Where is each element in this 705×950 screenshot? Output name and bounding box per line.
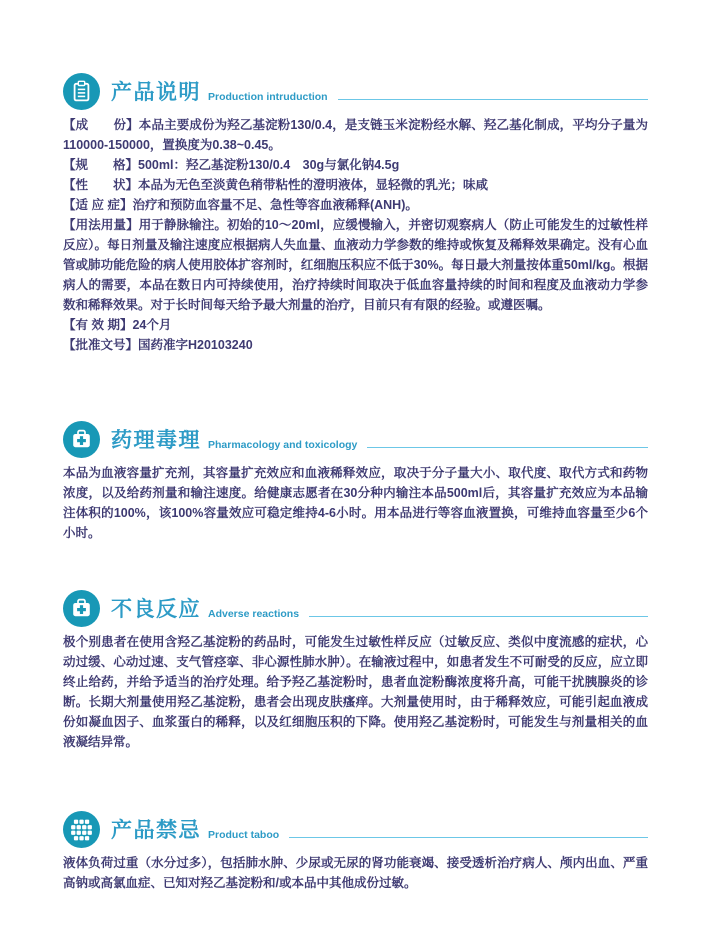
paragraph-adverse-reactions: 极个别患者在使用含羟乙基淀粉的药品时，可能发生过敏性样反应（过敏反应、类似中度流… bbox=[63, 632, 648, 752]
section-title: 产品禁忌 bbox=[111, 814, 201, 844]
section-subtitle: Production intruduction bbox=[208, 91, 328, 103]
section-title: 药理毒理 bbox=[111, 424, 201, 454]
section-subtitle: Pharmacology and toxicology bbox=[208, 439, 357, 451]
paragraph-character: 【性 状】本品为无色至淡黄色稍带粘性的澄明液体，显轻微的乳光；味咸 bbox=[63, 175, 648, 195]
section-header: 药理毒理 Pharmacology and toxicology bbox=[63, 420, 648, 458]
header-rule bbox=[309, 616, 648, 617]
product-detail-page: 产品说明 Production intruduction 【成 份】本品主要成份… bbox=[0, 0, 705, 950]
paragraph-contraindications: 液体负荷过重（水分过多），包括肺水肿、少尿或无尿的肾功能衰竭、接受透析治疗病人、… bbox=[63, 853, 648, 893]
paragraph-validity: 【有 效 期】24个月 bbox=[63, 315, 648, 335]
section-body: 本品为血液容量扩充剂，其容量扩充效应和血液稀释效应，取决于分子量大小、取代度、取… bbox=[63, 463, 648, 543]
section-body: 【成 份】本品主要成份为羟乙基淀粉130/0.4，是支链玉米淀粉经水解、羟乙基化… bbox=[63, 115, 648, 355]
section-body: 极个别患者在使用含羟乙基淀粉的药品时，可能发生过敏性样反应（过敏反应、类似中度流… bbox=[63, 632, 648, 752]
paragraph-indications: 【适 应 症】治疗和预防血容量不足、急性等容血液稀释(ANH)。 bbox=[63, 195, 648, 215]
paragraph-ingredients: 【成 份】本品主要成份为羟乙基淀粉130/0.4，是支链玉米淀粉经水解、羟乙基化… bbox=[63, 115, 648, 155]
section-header: 不良反应 Adverse reactions bbox=[63, 589, 648, 627]
header-rule bbox=[289, 837, 648, 838]
section-header: 产品说明 Production intruduction bbox=[63, 72, 648, 110]
section-title: 不良反应 bbox=[111, 593, 201, 623]
section-body: 液体负荷过重（水分过多），包括肺水肿、少尿或无尿的肾功能衰竭、接受透析治疗病人、… bbox=[63, 853, 648, 893]
medical-bag-icon bbox=[63, 421, 100, 458]
paragraph-dosage: 【用法用量】用于静脉输注。初始的10～20ml，应缓慢输入，并密切观察病人（防止… bbox=[63, 215, 648, 315]
paragraph-pharmacology: 本品为血液容量扩充剂，其容量扩充效应和血液稀释效应，取决于分子量大小、取代度、取… bbox=[63, 463, 648, 543]
section-pharmacology: 药理毒理 Pharmacology and toxicology 本品为血液容量… bbox=[63, 420, 648, 543]
section-subtitle: Adverse reactions bbox=[208, 608, 299, 620]
grid-icon bbox=[63, 811, 100, 848]
section-adverse-reactions: 不良反应 Adverse reactions 极个别患者在使用含羟乙基淀粉的药品… bbox=[63, 589, 648, 752]
clipboard-icon bbox=[63, 73, 100, 110]
section-header: 产品禁忌 Product taboo bbox=[63, 810, 648, 848]
medical-bag-icon bbox=[63, 590, 100, 627]
paragraph-specification: 【规 格】500ml：羟乙基淀粉130/0.4 30g与氯化钠4.5g bbox=[63, 155, 648, 175]
section-product-description: 产品说明 Production intruduction 【成 份】本品主要成份… bbox=[63, 72, 648, 355]
header-rule bbox=[367, 447, 648, 448]
section-contraindications: 产品禁忌 Product taboo 液体负荷过重（水分过多），包括肺水肿、少尿… bbox=[63, 810, 648, 893]
header-rule bbox=[338, 99, 648, 100]
section-title: 产品说明 bbox=[111, 76, 201, 106]
section-subtitle: Product taboo bbox=[208, 829, 279, 841]
paragraph-approval-number: 【批准文号】国药准字H20103240 bbox=[63, 335, 648, 355]
